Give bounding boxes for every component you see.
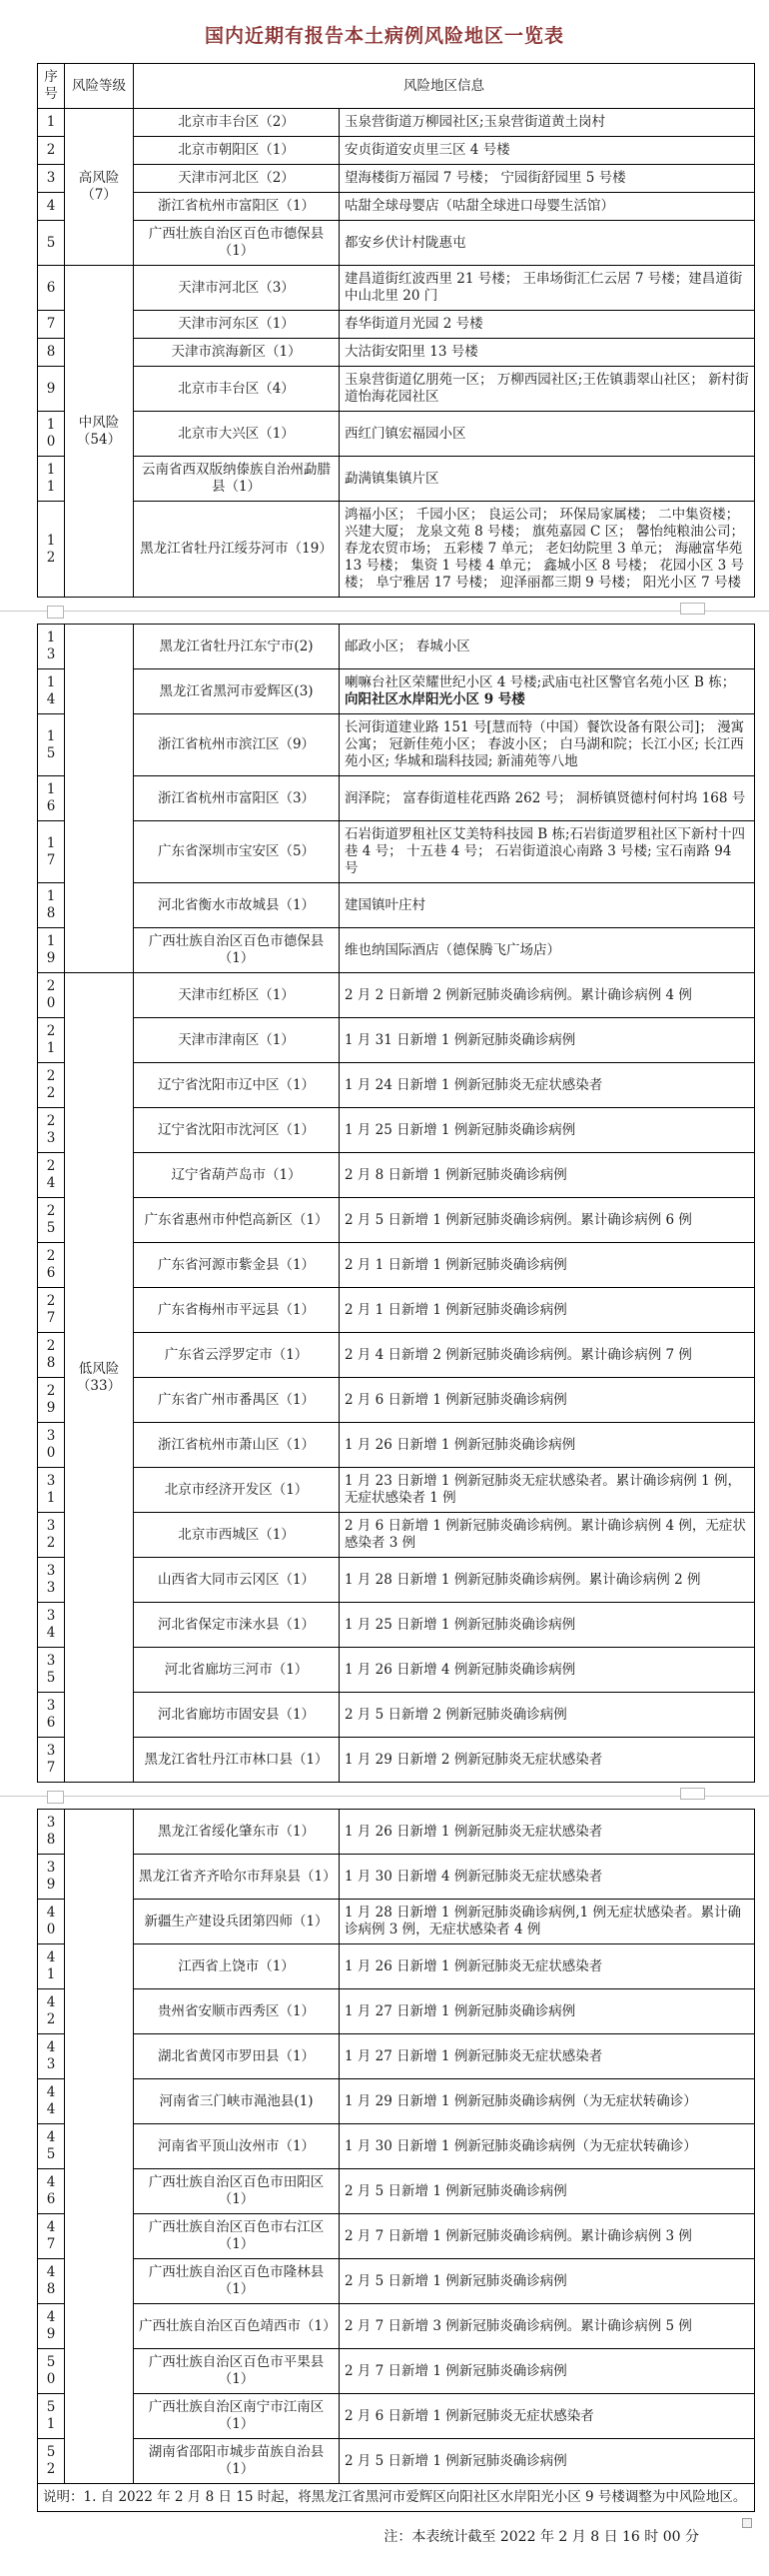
row-number-cell: 28 [38, 1333, 65, 1378]
row-number-cell: 39 [38, 1855, 65, 1900]
row-number-cell: 11 [38, 457, 65, 502]
row-number-cell: 25 [38, 1198, 65, 1243]
row-number-cell: 40 [38, 1900, 65, 1944]
table-row: 1高风险（7）北京市丰台区（2）玉泉营街道万柳园社区;玉泉营街道黄土岗村 [38, 109, 755, 137]
table-row: 11云南省西双版纳傣族自治州勐腊县（1）勐满镇集镇片区 [38, 457, 755, 502]
row-number-cell: 23 [38, 1108, 65, 1153]
region-cell: 北京市丰台区（4） [134, 367, 340, 412]
table-row: 48广西壮族自治区百色市隆林县（1）2 月 5 日新增 1 例新冠肺炎确诊病例 [38, 2259, 755, 2304]
risk-level-cell [65, 1810, 134, 2484]
table-row: 9北京市丰台区（4）玉泉营街道亿朋苑一区； 万柳西园社区;王佐镇翡翠山社区； 新… [38, 367, 755, 412]
table-row: 44河南省三门峡市渑池县(1)1 月 29 日新增 1 例新冠肺炎确诊病例（为无… [38, 2079, 755, 2124]
region-cell: 黑龙江省齐齐哈尔市拜泉县（1） [134, 1855, 340, 1900]
case-detail-cell: 1 月 24 日新增 1 例新冠肺炎无症状感染者 [340, 1063, 755, 1108]
case-detail-cell: 石岩街道罗租社区艾美特科技园 B 栋;石岩街道罗租社区下新村十四巷 4 号； 十… [340, 821, 755, 883]
page-break [0, 1783, 769, 1809]
case-detail-cell: 1 月 26 日新增 1 例新冠肺炎无症状感染者 [340, 1810, 755, 1855]
row-number-cell: 20 [38, 973, 65, 1018]
table-row: 41江西省上饶市（1）1 月 26 日新增 1 例新冠肺炎无症状感染者 [38, 1944, 755, 1989]
table-row: 17广东省深圳市宝安区（5）石岩街道罗租社区艾美特科技园 B 栋;石岩街道罗租社… [38, 821, 755, 883]
header-cell-no: 序号 [38, 64, 65, 109]
table-row: 16浙江省杭州市富阳区（3）润泽院； 富春街道桂花西路 262 号； 洞桥镇贤德… [38, 776, 755, 821]
row-number-cell: 7 [38, 311, 65, 339]
region-cell: 黑龙江省牡丹江市林口县（1） [134, 1738, 340, 1783]
risk-level-name: 低风险 [70, 1361, 128, 1378]
risk-table-segment: 38黑龙江省绥化肇东市（1）1 月 26 日新增 1 例新冠肺炎无症状感染者39… [37, 1809, 755, 2512]
table-row: 51广西壮族自治区南宁市江南区（1）2 月 6 日新增 1 例新冠肺炎无症状感染… [38, 2394, 755, 2439]
region-cell: 黑龙江省黑河市爱辉区(3) [134, 669, 340, 714]
footer-area: 注：本表统计截至 2022 年 2 月 8 日 16 时 00 分 [0, 2518, 769, 2576]
region-cell: 浙江省杭州市富阳区（1） [134, 193, 340, 221]
row-number-cell: 9 [38, 367, 65, 412]
row-number-cell: 21 [38, 1018, 65, 1063]
row-number-cell: 43 [38, 2034, 65, 2079]
row-number-cell: 14 [38, 669, 65, 714]
case-detail-cell: 勐满镇集镇片区 [340, 457, 755, 502]
case-detail-cell: 1 月 25 日新增 1 例新冠肺炎确诊病例 [340, 1603, 755, 1648]
region-cell: 辽宁省沈阳市沈河区（1） [134, 1108, 340, 1153]
region-cell: 浙江省杭州市滨江区（9） [134, 714, 340, 776]
row-number-cell: 35 [38, 1648, 65, 1693]
region-cell: 广东省河源市紫金县（1） [134, 1243, 340, 1288]
row-number-cell: 51 [38, 2394, 65, 2439]
table-row: 33山西省大同市云冈区（1）1 月 28 日新增 1 例新冠肺炎确诊病例。累计确… [38, 1558, 755, 1603]
case-detail-cell: 2 月 7 日新增 3 例新冠肺炎确诊病例。累计确诊病例 5 例 [340, 2304, 755, 2349]
table-row: 7天津市河东区（1）春华街道月光园 2 号楼 [38, 311, 755, 339]
risk-level-cell: 高风险（7） [65, 109, 134, 266]
region-cell: 北京市西城区（1） [134, 1513, 340, 1558]
row-number-cell: 12 [38, 502, 65, 598]
table-row: 50广西壮族自治区百色市平果县（1）2 月 7 日新增 1 例新冠肺炎确诊病例 [38, 2349, 755, 2394]
table-row: 2北京市朝阳区（1）安贞街道安贞里三区 4 号楼 [38, 137, 755, 165]
case-detail-cell: 维也纳国际酒店（德保腾飞广场店） [340, 928, 755, 973]
case-detail-cell: 1 月 27 日新增 1 例新冠肺炎确诊病例 [340, 1989, 755, 2034]
risk-level-cell: 低风险（33） [65, 973, 134, 1783]
table-row: 28广东省云浮罗定市（1）2 月 4 日新增 2 例新冠肺炎确诊病例。累计确诊病… [38, 1333, 755, 1378]
row-number-cell: 30 [38, 1423, 65, 1468]
case-detail-cell: 建昌道街红波西里 21 号楼； 王串场街汇仁云居 7 号楼；建昌道街中山北里 2… [340, 266, 755, 311]
region-cell: 广西壮族自治区百色市平果县（1） [134, 2349, 340, 2394]
case-detail-cell: 大沽街安阳里 13 号楼 [340, 339, 755, 367]
case-detail-cell: 西红门镇宏福园小区 [340, 412, 755, 457]
table-row: 26广东省河源市紫金县（1）2 月 1 日新增 1 例新冠肺炎确诊病例 [38, 1243, 755, 1288]
case-detail-cell: 都安乡伏计村陇惠屯 [340, 221, 755, 266]
row-number-cell: 29 [38, 1378, 65, 1423]
table-row: 21天津市津南区（1）1 月 31 日新增 1 例新冠肺炎确诊病例 [38, 1018, 755, 1063]
row-number-cell: 31 [38, 1468, 65, 1513]
table-row: 32北京市西城区（1）2 月 6 日新增 1 例新冠肺炎确诊病例。累计确诊病例 … [38, 1513, 755, 1558]
case-detail-cell: 2 月 6 日新增 1 例新冠肺炎无症状感染者 [340, 2394, 755, 2439]
case-detail-cell: 1 月 30 日新增 4 例新冠肺炎无症状感染者 [340, 1855, 755, 1900]
table-row: 42贵州省安顺市西秀区（1）1 月 27 日新增 1 例新冠肺炎确诊病例 [38, 1989, 755, 2034]
table-row: 24辽宁省葫芦岛市（1）2 月 8 日新增 1 例新冠肺炎确诊病例 [38, 1153, 755, 1198]
table-row: 8天津市滨海新区（1）大沽街安阳里 13 号楼 [38, 339, 755, 367]
case-detail-cell: 长河街道建业路 151 号[慧而特（中国）餐饮设备有限公司]； 漫寓公寓； 冠新… [340, 714, 755, 776]
region-cell: 天津市河北区（3） [134, 266, 340, 311]
table-row: 27广东省梅州市平远县（1）2 月 1 日新增 1 例新冠肺炎确诊病例 [38, 1288, 755, 1333]
row-number-cell: 45 [38, 2124, 65, 2169]
table-row: 40新疆生产建设兵团第四师（1）1 月 28 日新增 1 例新冠肺炎确诊病例,1… [38, 1900, 755, 1944]
case-detail-cell: 2 月 5 日新增 1 例新冠肺炎确诊病例 [340, 2439, 755, 2484]
row-number-cell: 2 [38, 137, 65, 165]
region-cell: 江西省上饶市（1） [134, 1944, 340, 1989]
table-row: 3天津市河北区（2）望海楼街万福园 7 号楼； 宁园街舒园里 5 号楼 [38, 165, 755, 193]
region-cell: 浙江省杭州市萧山区（1） [134, 1423, 340, 1468]
row-number-cell: 19 [38, 928, 65, 973]
table-row: 49广西壮族自治区百色靖西市（1）2 月 7 日新增 3 例新冠肺炎确诊病例。累… [38, 2304, 755, 2349]
case-detail-cell: 润泽院； 富春街道桂花西路 262 号； 洞桥镇贤德村何村坞 168 号 [340, 776, 755, 821]
case-detail-cell: 1 月 26 日新增 1 例新冠肺炎确诊病例 [340, 1423, 755, 1468]
page-break-notch-left [47, 1791, 64, 1804]
case-detail-cell: 2 月 5 日新增 1 例新冠肺炎确诊病例 [340, 2259, 755, 2304]
region-cell: 湖北省黄冈市罗田县（1） [134, 2034, 340, 2079]
table-row: 46广西壮族自治区百色市田阳区（1）2 月 5 日新增 1 例新冠肺炎确诊病例 [38, 2169, 755, 2214]
row-number-cell: 24 [38, 1153, 65, 1198]
header-cell-risk-level: 风险等级 [65, 64, 134, 109]
row-number-cell: 34 [38, 1603, 65, 1648]
case-detail-cell: 1 月 31 日新增 1 例新冠肺炎确诊病例 [340, 1018, 755, 1063]
row-number-cell: 1 [38, 109, 65, 137]
page-break-notch-right [680, 603, 705, 615]
case-detail-cell: 邮政小区； 春城小区 [340, 625, 755, 669]
region-cell: 云南省西双版纳傣族自治州勐腊县（1） [134, 457, 340, 502]
row-number-cell: 49 [38, 2304, 65, 2349]
region-cell: 浙江省杭州市富阳区（3） [134, 776, 340, 821]
table-row: 5广西壮族自治区百色市德保县（1）都安乡伏计村陇惠屯 [38, 221, 755, 266]
risk-level-count: （7） [70, 187, 128, 204]
detail-bold-text: 向阳社区水岸阳光小区 9 号楼 [345, 691, 525, 707]
row-number-cell: 37 [38, 1738, 65, 1783]
risk-level-name: 中风险 [70, 415, 128, 432]
case-detail-cell: 1 月 30 日新增 1 例新冠肺炎确诊病例（为无症状转确诊） [340, 2124, 755, 2169]
case-detail-cell: 2 月 1 日新增 1 例新冠肺炎确诊病例 [340, 1243, 755, 1288]
document-page: 国内近期有报告本土病例风险地区一览表 序号风险等级风险地区信息1高风险（7）北京… [0, 0, 769, 2576]
case-detail-cell: 2 月 1 日新增 1 例新冠肺炎确诊病例 [340, 1288, 755, 1333]
region-cell: 河北省衡水市故城县（1） [134, 883, 340, 928]
case-detail-cell: 2 月 4 日新增 2 例新冠肺炎确诊病例。累计确诊病例 7 例 [340, 1333, 755, 1378]
row-number-cell: 47 [38, 2214, 65, 2259]
case-detail-cell: 喇嘛台社区荣耀世纪小区 4 号楼;武庙屯社区警官名苑小区 B 栋； 向阳社区水岸… [340, 669, 755, 714]
row-number-cell: 3 [38, 165, 65, 193]
region-cell: 广西壮族自治区百色市田阳区（1） [134, 2169, 340, 2214]
case-detail-cell: 1 月 29 日新增 1 例新冠肺炎确诊病例（为无症状转确诊） [340, 2079, 755, 2124]
case-detail-cell: 玉泉营街道万柳园社区;玉泉营街道黄土岗村 [340, 109, 755, 137]
region-cell: 广西壮族自治区南宁市江南区（1） [134, 2394, 340, 2439]
region-cell: 贵州省安顺市西秀区（1） [134, 1989, 340, 2034]
region-cell: 北京市经济开发区（1） [134, 1468, 340, 1513]
case-detail-cell: 鸿福小区； 千园小区； 良运公司； 环保局家属楼； 二中集资楼； 兴建大厦； 龙… [340, 502, 755, 598]
row-number-cell: 5 [38, 221, 65, 266]
table-row: 29广东省广州市番禺区（1）2 月 6 日新增 1 例新冠肺炎确诊病例 [38, 1378, 755, 1423]
row-number-cell: 26 [38, 1243, 65, 1288]
case-detail-cell: 1 月 23 日新增 1 例新冠肺炎无症状感染者。累计确诊病例 1 例，无症状感… [340, 1468, 755, 1513]
table-row: 25广东省惠州市仲恺高新区（1）2 月 5 日新增 1 例新冠肺炎确诊病例。累计… [38, 1198, 755, 1243]
table-row: 4浙江省杭州市富阳区（1）咕甜全球母婴店（咕甜全球进口母婴生活馆） [38, 193, 755, 221]
region-cell: 辽宁省沈阳市辽中区（1） [134, 1063, 340, 1108]
row-number-cell: 42 [38, 1989, 65, 2034]
case-detail-cell: 2 月 8 日新增 1 例新冠肺炎确诊病例 [340, 1153, 755, 1198]
region-cell: 广东省梅州市平远县（1） [134, 1288, 340, 1333]
region-cell: 天津市红桥区（1） [134, 973, 340, 1018]
explanation-note: 说明：1. 自 2022 年 2 月 8 日 15 时起，将黑龙江省黑河市爱辉区… [38, 2484, 755, 2512]
region-cell: 河北省保定市涞水县（1） [134, 1603, 340, 1648]
header-cell-risk-info: 风险地区信息 [134, 64, 755, 109]
region-cell: 广西壮族自治区百色市隆林县（1） [134, 2259, 340, 2304]
row-number-cell: 17 [38, 821, 65, 883]
row-number-cell: 46 [38, 2169, 65, 2214]
table-row: 39黑龙江省齐齐哈尔市拜泉县（1）1 月 30 日新增 4 例新冠肺炎无症状感染… [38, 1855, 755, 1900]
table-row: 36河北省廊坊市固安县（1）2 月 5 日新增 2 例新冠肺炎确诊病例 [38, 1693, 755, 1738]
risk-table-area: 序号风险等级风险地区信息1高风险（7）北京市丰台区（2）玉泉营街道万柳园社区;玉… [0, 63, 769, 2512]
row-number-cell: 6 [38, 266, 65, 311]
row-number-cell: 50 [38, 2349, 65, 2394]
table-row: 22辽宁省沈阳市辽中区（1）1 月 24 日新增 1 例新冠肺炎无症状感染者 [38, 1063, 755, 1108]
row-number-cell: 8 [38, 339, 65, 367]
case-detail-cell: 2 月 2 日新增 2 例新冠肺炎确诊病例。累计确诊病例 4 例 [340, 973, 755, 1018]
row-number-cell: 22 [38, 1063, 65, 1108]
row-number-cell: 4 [38, 193, 65, 221]
region-cell: 河北省廊坊市固安县（1） [134, 1693, 340, 1738]
case-detail-cell: 春华街道月光园 2 号楼 [340, 311, 755, 339]
region-cell: 天津市河东区（1） [134, 311, 340, 339]
case-detail-cell: 咕甜全球母婴店（咕甜全球进口母婴生活馆） [340, 193, 755, 221]
region-cell: 新疆生产建设兵团第四师（1） [134, 1900, 340, 1944]
table-row: 13黑龙江省牡丹江东宁市(2)邮政小区； 春城小区 [38, 625, 755, 669]
row-number-cell: 32 [38, 1513, 65, 1558]
region-cell: 广东省惠州市仲恺高新区（1） [134, 1198, 340, 1243]
case-detail-cell: 1 月 26 日新增 1 例新冠肺炎无症状感染者 [340, 1944, 755, 1989]
row-number-cell: 13 [38, 625, 65, 669]
table-row: 37黑龙江省牡丹江市林口县（1）1 月 29 日新增 2 例新冠肺炎无症状感染者 [38, 1738, 755, 1783]
table-row: 45河南省平顶山汝州市（1）1 月 30 日新增 1 例新冠肺炎确诊病例（为无症… [38, 2124, 755, 2169]
table-row: 20低风险（33）天津市红桥区（1）2 月 2 日新增 2 例新冠肺炎确诊病例。… [38, 973, 755, 1018]
row-number-cell: 48 [38, 2259, 65, 2304]
table-row: 35河北省廊坊三河市（1）1 月 26 日新增 4 例新冠肺炎确诊病例 [38, 1648, 755, 1693]
region-cell: 黑龙江省牡丹江绥芬河市（19） [134, 502, 340, 598]
case-detail-cell: 1 月 25 日新增 1 例新冠肺炎确诊病例 [340, 1108, 755, 1153]
region-cell: 河北省廊坊三河市（1） [134, 1648, 340, 1693]
region-cell: 北京市丰台区（2） [134, 109, 340, 137]
row-number-cell: 16 [38, 776, 65, 821]
case-detail-cell: 1 月 28 日新增 1 例新冠肺炎确诊病例,1 例无症状感染者。累计确诊病例 … [340, 1900, 755, 1944]
row-number-cell: 38 [38, 1810, 65, 1855]
table-row: 30浙江省杭州市萧山区（1）1 月 26 日新增 1 例新冠肺炎确诊病例 [38, 1423, 755, 1468]
case-detail-cell: 1 月 26 日新增 4 例新冠肺炎确诊病例 [340, 1648, 755, 1693]
row-number-cell: 15 [38, 714, 65, 776]
region-cell: 黑龙江省牡丹江东宁市(2) [134, 625, 340, 669]
region-cell: 湖南省邵阳市城步苗族自治县（1） [134, 2439, 340, 2484]
table-row: 15浙江省杭州市滨江区（9）长河街道建业路 151 号[慧而特（中国）餐饮设备有… [38, 714, 755, 776]
region-cell: 河南省平顶山汝州市（1） [134, 2124, 340, 2169]
table-row: 31北京市经济开发区（1）1 月 23 日新增 1 例新冠肺炎无症状感染者。累计… [38, 1468, 755, 1513]
row-number-cell: 52 [38, 2439, 65, 2484]
table-row: 23辽宁省沈阳市沈河区（1）1 月 25 日新增 1 例新冠肺炎确诊病例 [38, 1108, 755, 1153]
row-number-cell: 44 [38, 2079, 65, 2124]
table-row: 12黑龙江省牡丹江绥芬河市（19）鸿福小区； 千园小区； 良运公司； 环保局家属… [38, 502, 755, 598]
region-cell: 广西壮族自治区百色市右江区（1） [134, 2214, 340, 2259]
risk-level-cell [65, 625, 134, 973]
detail-text: 喇嘛台社区荣耀世纪小区 4 号楼;武庙屯社区警官名苑小区 B 栋； [345, 674, 735, 690]
region-cell: 广东省广州市番禺区（1） [134, 1378, 340, 1423]
region-cell: 北京市大兴区（1） [134, 412, 340, 457]
region-cell: 广东省深圳市宝安区（5） [134, 821, 340, 883]
case-detail-cell: 玉泉营街道亿朋苑一区； 万柳西园社区;王佐镇翡翠山社区； 新村街道怡海花园社区 [340, 367, 755, 412]
table-row: 52湖南省邵阳市城步苗族自治县（1）2 月 5 日新增 1 例新冠肺炎确诊病例 [38, 2439, 755, 2484]
region-cell: 北京市朝阳区（1） [134, 137, 340, 165]
table-row: 38黑龙江省绥化肇东市（1）1 月 26 日新增 1 例新冠肺炎无症状感染者 [38, 1810, 755, 1855]
region-cell: 广东省云浮罗定市（1） [134, 1333, 340, 1378]
region-cell: 广西壮族自治区百色市德保县（1） [134, 221, 340, 266]
case-detail-cell: 建国镇叶庄村 [340, 883, 755, 928]
case-detail-cell: 2 月 7 日新增 1 例新冠肺炎确诊病例 [340, 2349, 755, 2394]
region-cell: 河南省三门峡市渑池县(1) [134, 2079, 340, 2124]
case-detail-cell: 安贞街道安贞里三区 4 号楼 [340, 137, 755, 165]
case-detail-cell: 1 月 29 日新增 2 例新冠肺炎无症状感染者 [340, 1738, 755, 1783]
row-number-cell: 10 [38, 412, 65, 457]
risk-level-cell: 中风险（54） [65, 266, 134, 598]
risk-table-segment: 13黑龙江省牡丹江东宁市(2)邮政小区； 春城小区14黑龙江省黑河市爱辉区(3)… [37, 624, 755, 1783]
table-row: 14黑龙江省黑河市爱辉区(3)喇嘛台社区荣耀世纪小区 4 号楼;武庙屯社区警官名… [38, 669, 755, 714]
region-cell: 山西省大同市云冈区（1） [134, 1558, 340, 1603]
table-row: 18河北省衡水市故城县（1）建国镇叶庄村 [38, 883, 755, 928]
case-detail-cell: 2 月 7 日新增 1 例新冠肺炎确诊病例。累计确诊病例 3 例 [340, 2214, 755, 2259]
case-detail-cell: 2 月 6 日新增 1 例新冠肺炎确诊病例。累计确诊病例 4 例，无症状感染者 … [340, 1513, 755, 1558]
table-header-row: 序号风险等级风险地区信息 [38, 64, 755, 109]
page-break-line [0, 1796, 769, 1797]
document-title: 国内近期有报告本土病例风险地区一览表 [0, 0, 769, 63]
anchor-marker-icon [742, 2518, 752, 2528]
table-row: 19广西壮族自治区百色市德保县（1）维也纳国际酒店（德保腾飞广场店） [38, 928, 755, 973]
row-number-cell: 36 [38, 1693, 65, 1738]
page-break [0, 598, 769, 624]
case-detail-cell: 1 月 27 日新增 1 例新冠肺炎无症状感染者 [340, 2034, 755, 2079]
page-break-line [0, 611, 769, 612]
region-cell: 广西壮族自治区百色靖西市（1） [134, 2304, 340, 2349]
risk-level-count: （54） [70, 432, 128, 449]
table-row: 43湖北省黄冈市罗田县（1）1 月 27 日新增 1 例新冠肺炎无症状感染者 [38, 2034, 755, 2079]
table-row: 10北京市大兴区（1）西红门镇宏福园小区 [38, 412, 755, 457]
row-number-cell: 27 [38, 1288, 65, 1333]
footer-note: 注：本表统计截至 2022 年 2 月 8 日 16 时 00 分 [0, 2518, 769, 2576]
case-detail-cell: 望海楼街万福园 7 号楼； 宁园街舒园里 5 号楼 [340, 165, 755, 193]
region-cell: 辽宁省葫芦岛市（1） [134, 1153, 340, 1198]
case-detail-cell: 2 月 5 日新增 1 例新冠肺炎确诊病例。累计确诊病例 6 例 [340, 1198, 755, 1243]
risk-table-segment: 序号风险等级风险地区信息1高风险（7）北京市丰台区（2）玉泉营街道万柳园社区;玉… [37, 63, 755, 598]
explanation-row: 说明：1. 自 2022 年 2 月 8 日 15 时起，将黑龙江省黑河市爱辉区… [38, 2484, 755, 2512]
case-detail-cell: 1 月 28 日新增 1 例新冠肺炎确诊病例。累计确诊病例 2 例 [340, 1558, 755, 1603]
row-number-cell: 41 [38, 1944, 65, 1989]
case-detail-cell: 2 月 5 日新增 1 例新冠肺炎确诊病例 [340, 2169, 755, 2214]
case-detail-cell: 2 月 5 日新增 2 例新冠肺炎确诊病例 [340, 1693, 755, 1738]
row-number-cell: 33 [38, 1558, 65, 1603]
risk-level-count: （33） [70, 1378, 128, 1395]
risk-level-name: 高风险 [70, 170, 128, 187]
page-break-notch-right [680, 1788, 705, 1800]
row-number-cell: 18 [38, 883, 65, 928]
table-row: 47广西壮族自治区百色市右江区（1）2 月 7 日新增 1 例新冠肺炎确诊病例。… [38, 2214, 755, 2259]
region-cell: 广西壮族自治区百色市德保县（1） [134, 928, 340, 973]
table-row: 6中风险（54）天津市河北区（3）建昌道街红波西里 21 号楼； 王串场街汇仁云… [38, 266, 755, 311]
region-cell: 黑龙江省绥化肇东市（1） [134, 1810, 340, 1855]
page-break-notch-left [47, 606, 64, 619]
region-cell: 天津市津南区（1） [134, 1018, 340, 1063]
case-detail-cell: 2 月 6 日新增 1 例新冠肺炎确诊病例 [340, 1378, 755, 1423]
region-cell: 天津市滨海新区（1） [134, 339, 340, 367]
region-cell: 天津市河北区（2） [134, 165, 340, 193]
table-row: 34河北省保定市涞水县（1）1 月 25 日新增 1 例新冠肺炎确诊病例 [38, 1603, 755, 1648]
